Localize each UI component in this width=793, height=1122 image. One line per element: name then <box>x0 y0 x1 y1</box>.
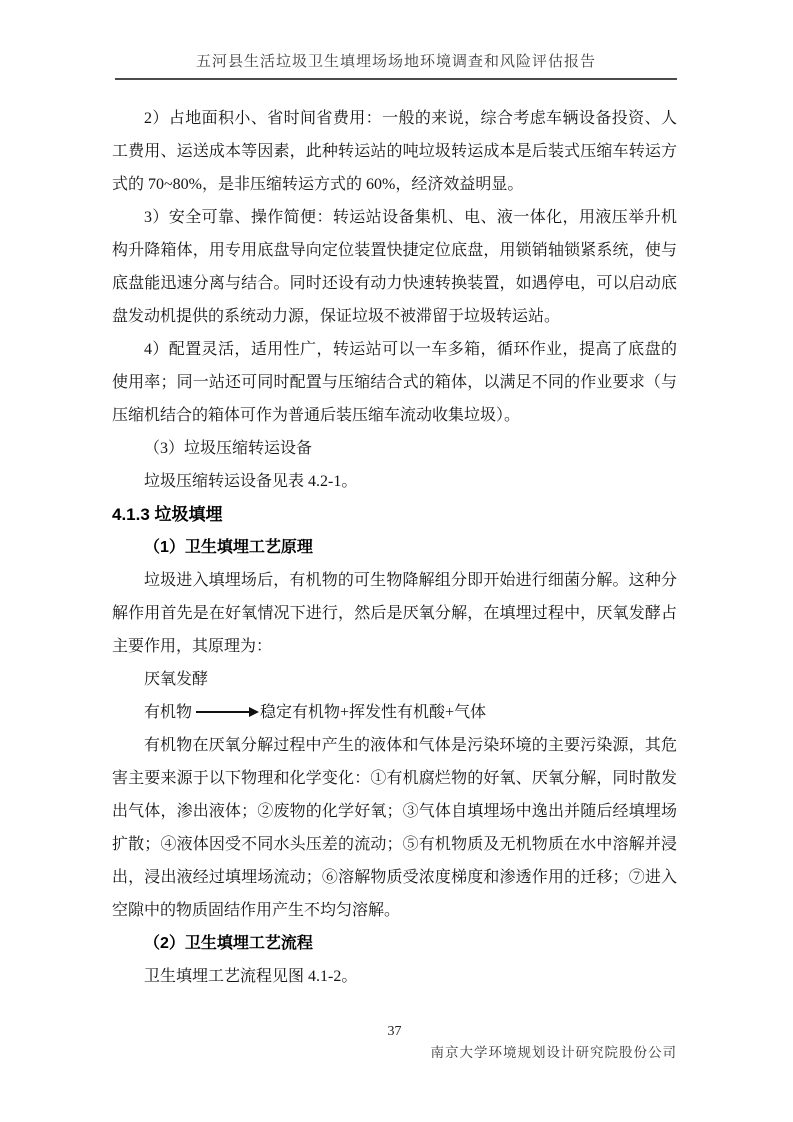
paragraph-safety-operation: 3）安全可靠、操作简便：转运站设备集机、电、液一体化，用液压举升机构升降箱体，用… <box>112 201 677 333</box>
subheading-landfill-process: （2）卫生填埋工艺流程 <box>112 927 677 960</box>
subheading-landfill-principle: （1）卫生填埋工艺原理 <box>112 531 677 564</box>
running-header: 五河县生活垃圾卫生填埋场场地环境调查和风险评估报告 <box>115 50 677 80</box>
paragraph-pollution-sources: 有机物在厌氧分解过程中产生的液体和气体是污染环境的主要污染源，其危害主要来源于以… <box>112 729 677 927</box>
list-item-compression-equipment: （3）垃圾压缩转运设备 <box>112 432 677 465</box>
formula-reactant: 有机物 <box>144 704 192 721</box>
label-anaerobic-fermentation: 厌氧发酵 <box>112 663 677 696</box>
page-number: 37 <box>112 1024 677 1040</box>
reaction-formula: 有机物稳定有机物+挥发性有机酸+气体 <box>112 696 677 729</box>
paragraph-see-figure: 卫生填埋工艺流程见图 4.1-2。 <box>112 960 677 993</box>
section-heading-landfill: 4.1.3 垃圾填埋 <box>112 498 677 531</box>
footer-company-name: 南京大学环境规划设计研究院股份公司 <box>112 1041 677 1061</box>
formula-products: 稳定有机物+挥发性有机酸+气体 <box>260 704 486 721</box>
paragraph-flexible-config: 4）配置灵活，适用性广，转运站可以一车多箱，循环作业，提高了底盘的使用率；同一站… <box>112 333 677 432</box>
document-page: 五河县生活垃圾卫生填埋场场地环境调查和风险评估报告 2）占地面积小、省时间省费用… <box>0 0 793 1122</box>
paragraph-see-table: 垃圾压缩转运设备见表 4.2-1。 <box>112 465 677 498</box>
paragraph-transfer-cost: 2）占地面积小、省时间省费用：一般的来说，综合考虑车辆设备投资、人工费用、运送成… <box>112 102 677 201</box>
report-title: 五河县生活垃圾卫生填埋场场地环境调查和风险评估报告 <box>196 54 596 70</box>
reaction-arrow-icon <box>196 711 250 713</box>
paragraph-decomposition: 垃圾进入填埋场后，有机物的可生物降解组分即开始进行细菌分解。这种分解作用首先是在… <box>112 564 677 663</box>
document-body: 2）占地面积小、省时间省费用：一般的来说，综合考虑车辆设备投资、人工费用、运送成… <box>112 102 677 993</box>
